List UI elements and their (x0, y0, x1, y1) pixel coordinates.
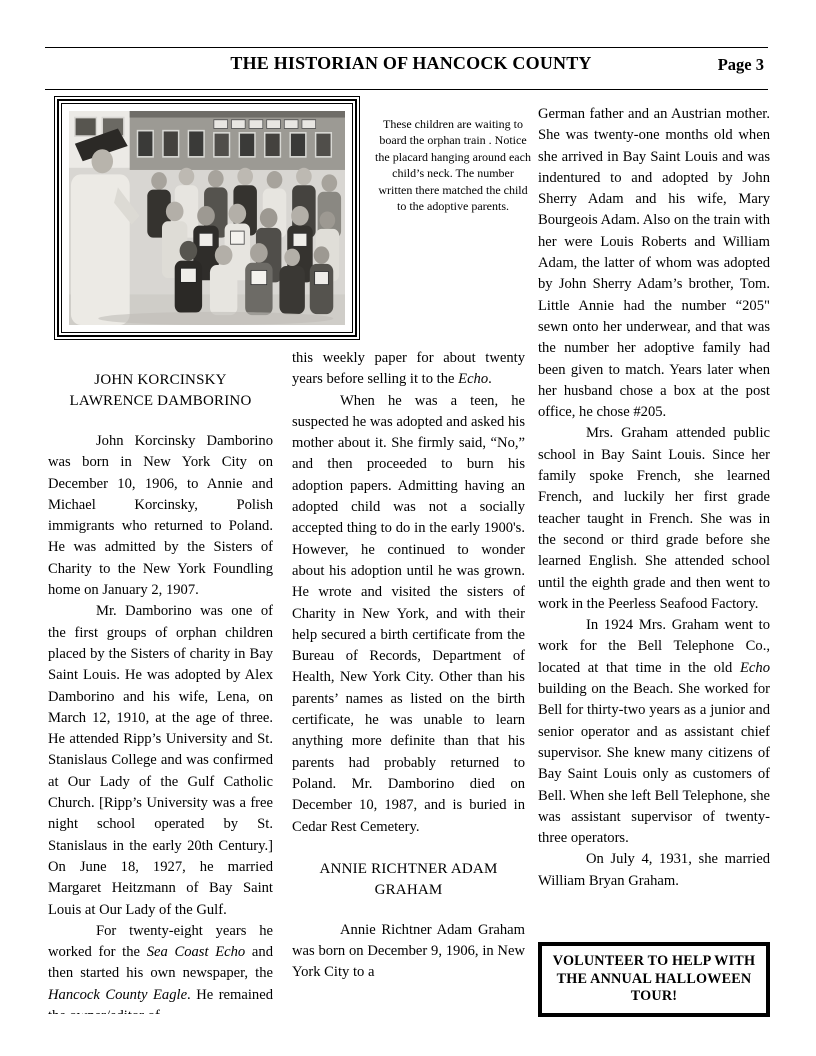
body-paragraph: When he was a teen, he suspected he was … (292, 391, 525, 838)
body-paragraph: John Korcinsky Damborino was born in New… (48, 431, 273, 601)
header-rule-bottom (45, 89, 768, 90)
body-paragraph: German father and an Austrian mother. Sh… (538, 104, 770, 423)
photo-caption: These children are waiting to board the … (374, 116, 532, 214)
orphan-train-photo (69, 111, 345, 325)
photo-frame (54, 96, 360, 340)
body-paragraph: On July 4, 1931, she married William Bry… (538, 849, 770, 892)
body-paragraph: Mr. Damborino was one of the first group… (48, 601, 273, 920)
column-2: this weekly paper for about twenty years… (292, 348, 525, 1016)
body-paragraph: For twenty-eight years he worked for the… (48, 921, 273, 1014)
section-heading: JOHN KORCINSKY LAWRENCE DAMBORINO (48, 370, 273, 412)
photo-frame-inner (61, 103, 353, 333)
body-paragraph: Annie Richtner Adam Graham was born on D… (292, 920, 525, 984)
column-1: JOHN KORCINSKY LAWRENCE DAMBORINOJohn Ko… (48, 366, 273, 1014)
body-paragraph: this weekly paper for about twenty years… (292, 348, 525, 391)
body-paragraph: In 1924 Mrs. Graham went to work for the… (538, 615, 770, 849)
volunteer-box-text: VOLUNTEER TO HELP WITH THE ANNUAL HALLOW… (550, 953, 758, 1006)
body-paragraph: Mrs. Graham attended public school in Ba… (538, 423, 770, 615)
header-rule-top (45, 47, 768, 48)
column-3: German father and an Austrian mother. Sh… (538, 104, 770, 936)
photo-frame-mid (57, 99, 357, 337)
newsletter-title: THE HISTORIAN OF HANCOCK COUNTY (100, 53, 722, 74)
volunteer-box: VOLUNTEER TO HELP WITH THE ANNUAL HALLOW… (538, 942, 770, 1017)
newsletter-page: THE HISTORIAN OF HANCOCK COUNTY Page 3 (0, 0, 816, 1056)
page-number: Page 3 (718, 55, 764, 75)
section-heading: ANNIE RICHTNER ADAM GRAHAM (292, 859, 525, 901)
